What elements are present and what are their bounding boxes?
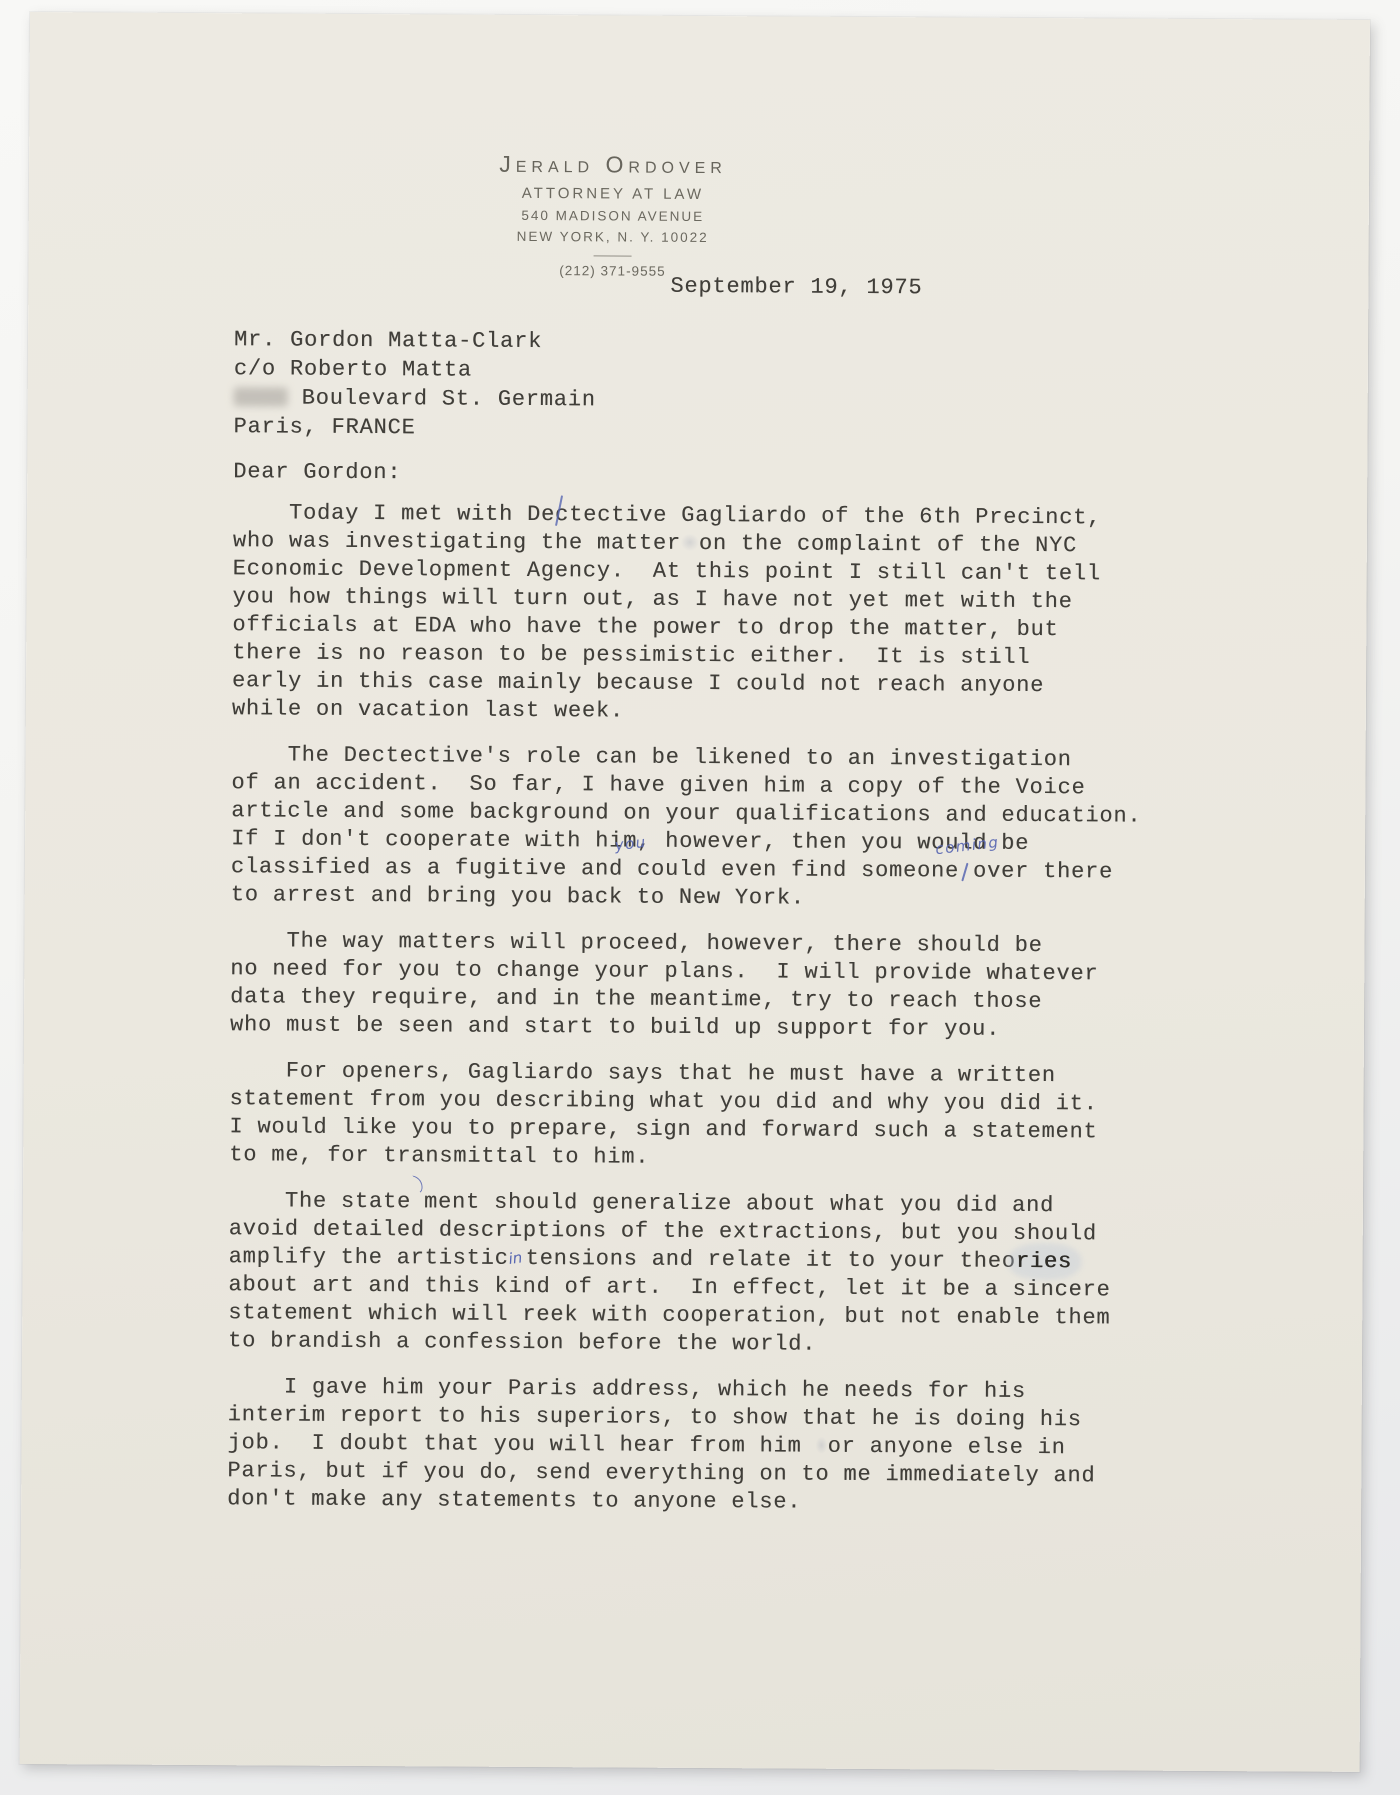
recipient-line: Paris, FRANCE xyxy=(233,412,595,443)
text-run: Paris, but if you do, send everything on… xyxy=(227,1458,1095,1488)
erasure-smudge xyxy=(816,1437,828,1454)
paragraph-5: The statement should generalize about wh… xyxy=(228,1187,1139,1360)
letterhead: Jerald Ordover ATTORNEY AT LAW 540 MADIS… xyxy=(28,148,1197,282)
text-run: to brandish a confession before the worl… xyxy=(228,1328,816,1356)
text-run: article and some background on your qual… xyxy=(231,798,1141,828)
handwritten-note: you xyxy=(613,828,648,860)
letter-line: while on vacation last week. xyxy=(232,695,1142,728)
text-run: about art and this kind of art. In effec… xyxy=(228,1272,1110,1302)
letterhead-city: NEW YORK, N. Y. 10022 xyxy=(29,226,1197,248)
text-run: Mr. Gordon Matta-Clark xyxy=(234,327,542,354)
letter-line: to brandish a confession before the worl… xyxy=(228,1327,1138,1360)
text-run: The way matters will proceed, however, t… xyxy=(230,928,1042,958)
handwritten-insertion-anchor: coming xyxy=(959,859,973,877)
letter-line: don't make any statements to anyone else… xyxy=(227,1485,1137,1518)
text-run: Economic Development Agency. At this poi… xyxy=(233,556,1101,586)
text-run: of an accident. So far, I have given him… xyxy=(231,770,1085,800)
text-run: For openers, Gagliardo says that he must… xyxy=(230,1058,1056,1088)
insertion-caret-mark xyxy=(961,863,968,882)
text-run: Boulevard St. Germain xyxy=(288,386,596,413)
paragraph-6: I gave him your Paris address, which he … xyxy=(227,1373,1138,1518)
overtyped-letters: ries xyxy=(1016,1249,1072,1274)
text-run: over there xyxy=(973,859,1113,885)
letterhead-name: Jerald Ordover xyxy=(29,148,1197,182)
text-run: early in this case mainly because I coul… xyxy=(232,668,1044,698)
text-run: I would like you to prepare, sign and fo… xyxy=(229,1114,1097,1144)
text-run: data they require, and in the meantime, … xyxy=(230,984,1042,1014)
letter-date: September 19, 1975 xyxy=(670,274,922,300)
recipient-line: c/o Roberto Matta xyxy=(234,354,596,385)
text-run: job. I doubt that you will hear from him xyxy=(227,1430,815,1458)
text-run: could even find someone xyxy=(637,857,959,884)
text-run: ment should generalize about what you di… xyxy=(424,1189,1054,1218)
text-run: I gave him your Paris address, which he … xyxy=(228,1374,1026,1404)
text-run: interim report to his superiors, to show… xyxy=(228,1402,1082,1432)
letterhead-title: ATTORNEY AT LAW xyxy=(29,182,1197,206)
text-run: The Dectective's role can be likened to … xyxy=(232,742,1072,772)
text-run: Paris, FRANCE xyxy=(233,414,415,440)
paragraph-1: Today I met with Dectective Gagliardo of… xyxy=(232,499,1143,728)
text-run: while on vacation last week. xyxy=(232,696,624,723)
letter-line: to me, for transmittal to him. xyxy=(229,1141,1139,1174)
recipient-line: Mr. Gordon Matta-Clark xyxy=(234,325,596,356)
text-run: statement from you describing what you d… xyxy=(229,1086,1097,1116)
text-run: amplify the artistic xyxy=(229,1244,509,1271)
paragraph-2: The Dectective's role can be likened to … xyxy=(231,741,1142,914)
text-run: The state xyxy=(229,1188,411,1214)
letter-body: Today I met with Dectective Gagliardo of… xyxy=(227,499,1143,1536)
paragraph-3: The way matters will proceed, however, t… xyxy=(230,927,1141,1044)
closeup-tie-anchor xyxy=(411,1189,424,1207)
letter-line: who must be seen and start to build up s… xyxy=(230,1011,1140,1044)
erasure-smudge xyxy=(681,534,699,551)
text-run: to arrest and bring you back to New York… xyxy=(231,882,805,910)
letter-line: to arrest and bring you back to New York… xyxy=(231,881,1141,914)
closeup-tie-mark xyxy=(410,1175,425,1194)
text-run: or anyone else in xyxy=(828,1434,1066,1460)
salutation: Dear Gordon: xyxy=(233,459,401,485)
text-run: officials at EDA who have the power to d… xyxy=(232,612,1058,642)
letter-page: Jerald Ordover ATTORNEY AT LAW 540 MADIS… xyxy=(20,12,1370,1772)
pen-strike-mark xyxy=(555,495,563,526)
recipient-address: Mr. Gordon Matta-Clarkc/o Roberto Matta … xyxy=(233,325,596,443)
letterhead-street: 540 MADISON AVENUE xyxy=(29,205,1197,227)
text-run: Today I met with De xyxy=(233,500,555,527)
text-run: avoid detailed descriptions of the extra… xyxy=(229,1216,1097,1246)
handwritten-insertion-anchor: you xyxy=(623,857,637,875)
overtyped-text: ries xyxy=(1016,1248,1072,1276)
struck-character: c xyxy=(555,501,569,529)
text-run: tective Gagliardo of the 6th Precinct, xyxy=(569,502,1101,530)
text-run: statement which will reek with cooperati… xyxy=(228,1300,1110,1330)
text-run: classified as a fugitive and xyxy=(231,854,623,881)
text-run: on the complaint of the NYC xyxy=(699,531,1077,558)
text-run: there is no reason to be pessimistic eit… xyxy=(232,640,1030,670)
text-run: don't make any statements to anyone else… xyxy=(227,1486,801,1514)
handwritten-inline-note: in xyxy=(507,1243,528,1273)
text-run: you how things will turn out, as I have … xyxy=(232,584,1072,614)
text-run: c/o Roberto Matta xyxy=(234,356,472,382)
paragraph-4: For openers, Gagliardo says that he must… xyxy=(229,1057,1140,1174)
text-run: tensions and relate it to your theo xyxy=(526,1246,1016,1274)
recipient-line: Boulevard St. Germain xyxy=(234,383,596,414)
text-run: no need for you to change your plans. I … xyxy=(230,956,1098,986)
text-run: who was investigating the matter xyxy=(233,528,681,556)
text-run: to me, for transmittal to him. xyxy=(229,1142,649,1169)
letterhead-divider xyxy=(594,255,632,256)
redaction-blur xyxy=(234,387,288,406)
letterhead-phone: (212) 371-9555 xyxy=(28,260,1196,282)
text-run: who must be seen and start to build up s… xyxy=(230,1012,1000,1042)
